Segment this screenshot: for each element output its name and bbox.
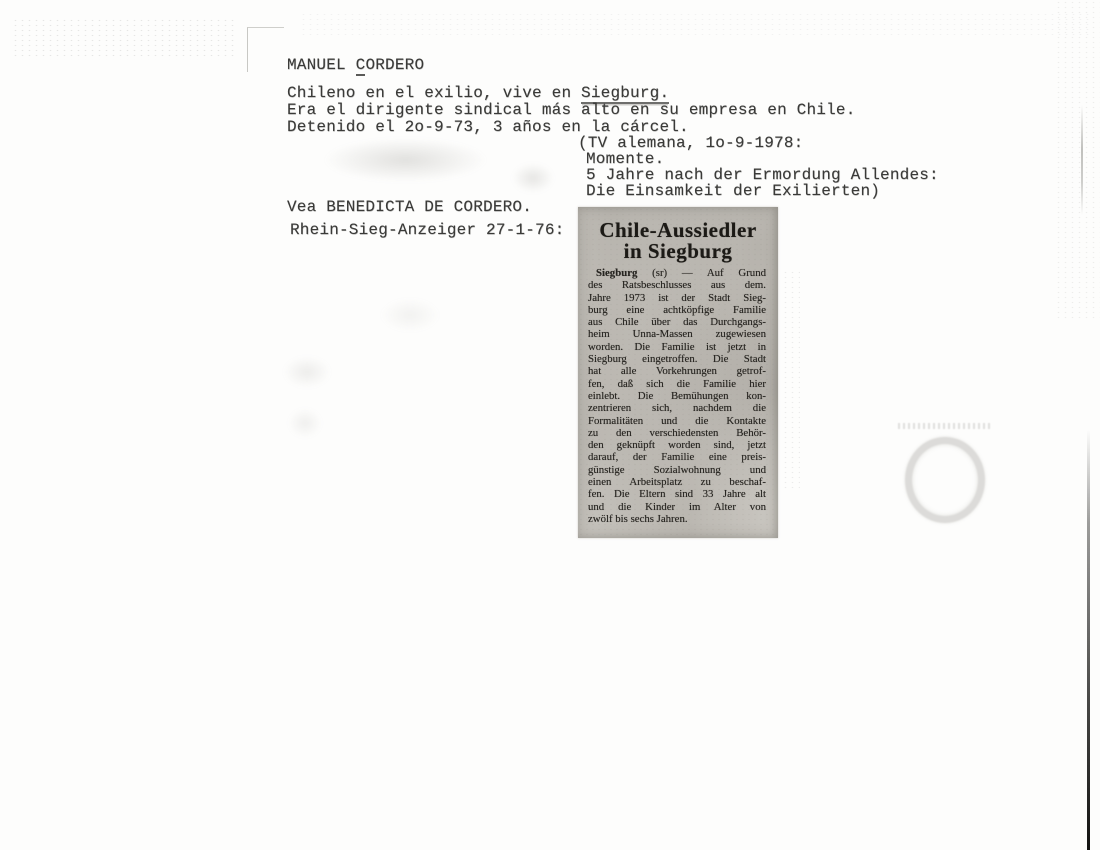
clipping-body-line: Formalitäten und die Kontakte <box>588 415 766 427</box>
pencil-smudge <box>323 138 488 182</box>
clipping-body-line: und die Kinder im Alter von <box>588 501 766 513</box>
clipping-body-line: des Ratsbeschlusses aus dem. <box>588 279 766 291</box>
pencil-smudge <box>512 163 554 193</box>
clipping-body-line: zwölf bis sechs Jahren. <box>588 513 766 525</box>
clipping-body-line: burg eine achtköpfige Familie <box>588 304 766 316</box>
pencil-smudge <box>288 408 322 438</box>
typed-see-also-line: Vea BENEDICTA DE CORDERO. <box>287 199 532 216</box>
clipping-body-line: worden. Die Familie ist jetzt in <box>588 341 766 353</box>
clipping-headline-line: Chile-Aussiedler <box>578 220 778 241</box>
clipping-body-line: heim Unna-Massen zugewiesen <box>588 328 766 340</box>
name-underlined-letter: C <box>356 56 366 76</box>
typed-source-line: Rhein-Sieg-Anzeiger 27-1-76: <box>290 222 564 239</box>
scan-noise-top-right <box>1055 0 1100 320</box>
pencil-smudge <box>380 298 440 332</box>
clipping-body-lead-line: Siegburg (sr) — Auf Grund <box>588 267 766 279</box>
name-prefix: MANUEL <box>287 56 356 74</box>
scanned-document-page: MANUEL CORDERO Chileno en el exilio, viv… <box>0 0 1100 850</box>
clipping-body-line: zu den verschiedensten Behör- <box>588 427 766 439</box>
clipping-body-line: Jahre 1973 ist der Stadt Sieg- <box>588 292 766 304</box>
pencil-smudge <box>283 356 331 388</box>
typed-name-line: MANUEL CORDERO <box>287 57 424 74</box>
scan-noise-clipping-right <box>782 270 800 490</box>
clipping-body-line: zentrieren sich, nachdem die <box>588 402 766 414</box>
typed-exile-line: Chileno en el exilio, vive en Siegburg. <box>287 85 669 102</box>
clipping-body-line: fen. Die Eltern sind 33 Jahre alt <box>588 488 766 500</box>
clipping-body-line: darauf, der Familie eine preis- <box>588 451 766 463</box>
clipping-body-line: einen Arbeitsplatz zu beschaf- <box>588 476 766 488</box>
clipping-headline-line: in Siegburg <box>578 241 778 262</box>
scan-noise-top-left <box>12 18 237 60</box>
typed-union-line: Era el dirigente sindical más alto en su… <box>287 102 856 119</box>
clipping-body: Siegburg (sr) — Auf Grund des Ratsbeschl… <box>588 267 766 525</box>
newspaper-clipping: Chile-Aussiedler in Siegburg Siegburg (s… <box>578 207 778 538</box>
clipping-body-line: fen, daß sich die Familie hier <box>588 378 766 390</box>
clipping-body-line: günstige Sozialwohnung und <box>588 464 766 476</box>
scan-edge-line-faint <box>1081 105 1083 215</box>
corner-crop-mark <box>247 27 284 72</box>
clipping-headline: Chile-Aussiedler in Siegburg <box>578 220 778 262</box>
clipping-lead-rest: (sr) — Auf Grund <box>637 267 766 279</box>
clipping-body-line: einlebt. Die Bemühungen kon- <box>588 390 766 402</box>
scan-noise-top-strip <box>300 12 1090 38</box>
clipping-body-line: aus Chile über das Durchgangs- <box>588 316 766 328</box>
exile-prefix: Chileno en el exilio, vive en <box>287 84 581 102</box>
typed-tv-note-line: Die Einsamkeit der Exilierten) <box>586 183 880 200</box>
name-rest: ORDERO <box>365 56 424 74</box>
clipping-body-line: den geknüpft worden sind, jetzt <box>588 439 766 451</box>
clipping-lead-word: Siegburg <box>596 267 637 279</box>
clipping-body-line: Siegburg eingetroffen. Die Stadt <box>588 353 766 365</box>
scan-edge-line <box>1087 430 1090 850</box>
clipping-body-line: hat alle Vorkehrungen getrof- <box>588 365 766 377</box>
faint-circular-stamp <box>905 437 985 523</box>
faint-stamp-text <box>898 423 990 429</box>
